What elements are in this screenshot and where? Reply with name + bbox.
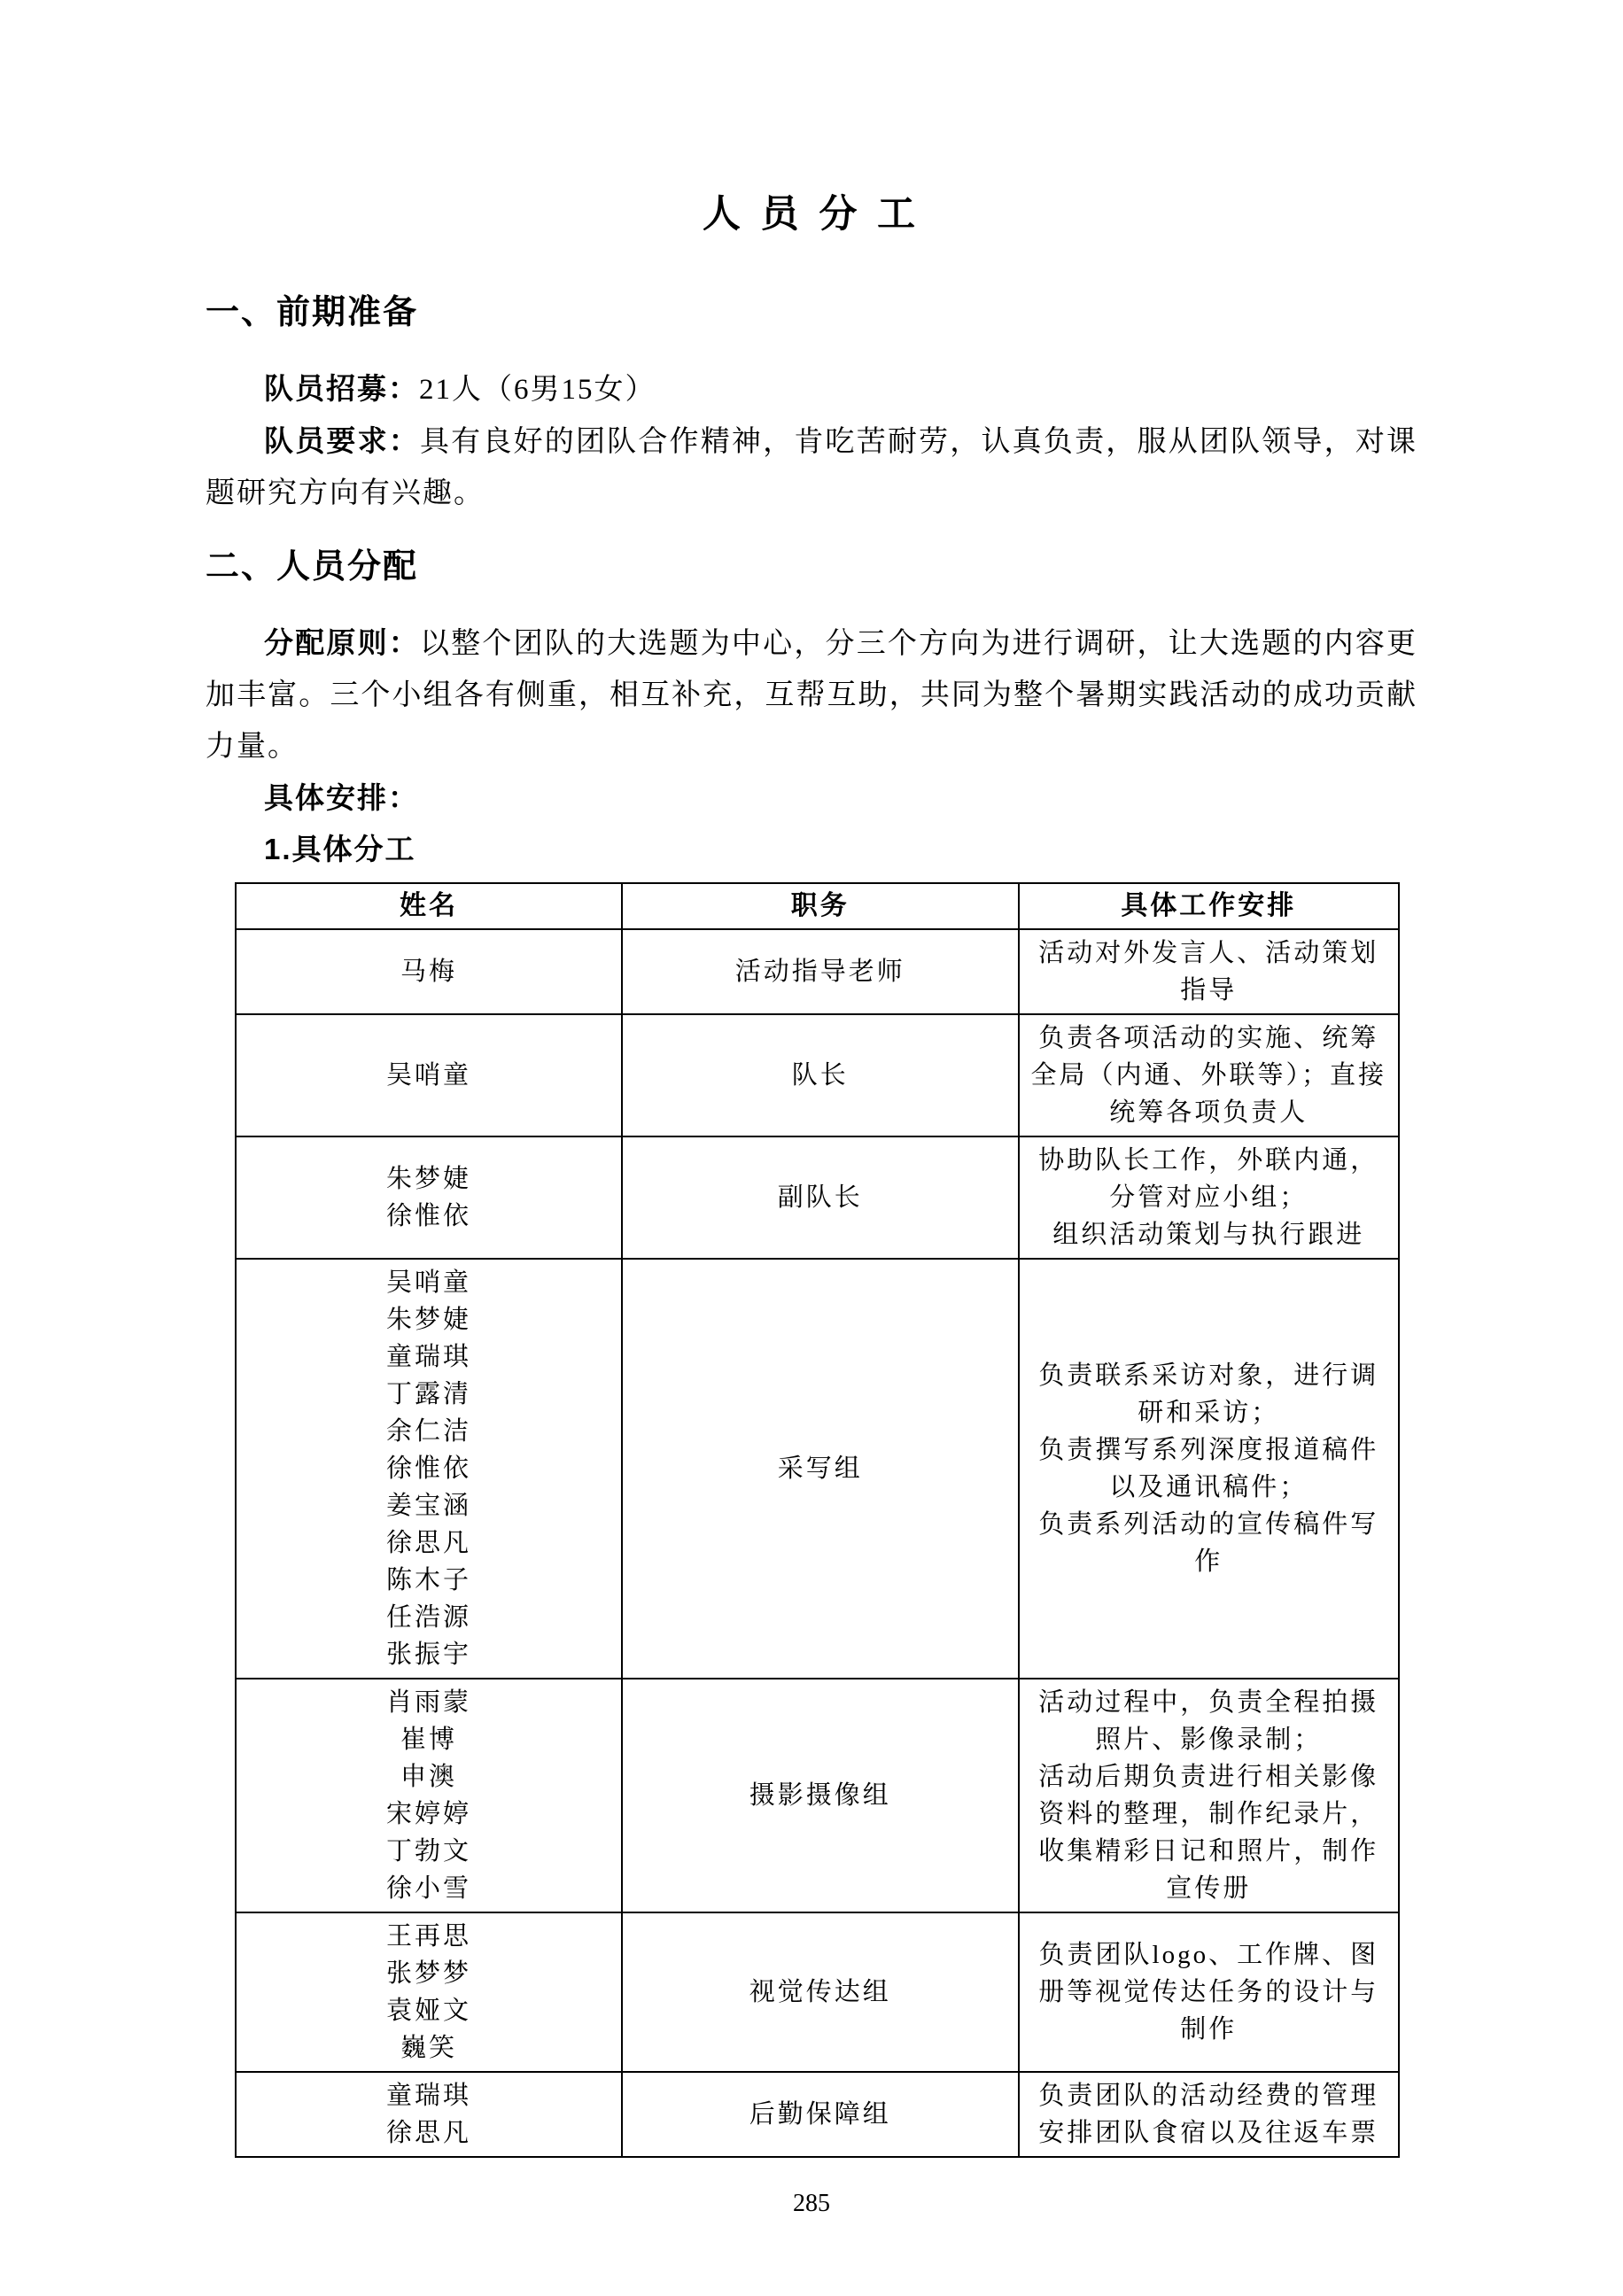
- cell-duties: 活动过程中，负责全程拍摄照片、影像录制； 活动后期负责进行相关影像资料的整理，制…: [1019, 1679, 1399, 1912]
- table-header-row: 姓名 职务 具体工作安排: [236, 883, 1399, 929]
- cell-names: 马梅: [236, 929, 622, 1014]
- cell-names: 王再思 张梦梦 袁娅文 巍笑: [236, 1912, 622, 2072]
- cell-role: 摄影摄像组: [622, 1679, 1019, 1912]
- cell-names: 吴哨童 朱梦婕 童瑞琪 丁露清 余仁洁 徐惟依 姜宝涵 徐思凡 陈木子 任浩源 …: [236, 1259, 622, 1679]
- table-row: 马梅 活动指导老师 活动对外发言人、活动策划指导: [236, 929, 1399, 1014]
- requirement-label: 队员要求：: [264, 424, 420, 457]
- header-duty: 具体工作安排: [1019, 883, 1399, 929]
- cell-duties: 负责联系采访对象，进行调研和采访； 负责撰写系列深度报道稿件以及通讯稿件； 负责…: [1019, 1259, 1399, 1679]
- table-row: 吴哨童 队长 负责各项活动的实施、统筹全局（内通、外联等）；直接统筹各项负责人: [236, 1014, 1399, 1136]
- section-1-heading: 一、前期准备: [206, 284, 1417, 333]
- header-role: 职务: [622, 883, 1019, 929]
- cell-duties: 负责团队logo、工作牌、图册等视觉传达任务的设计与制作: [1019, 1912, 1399, 2072]
- cell-names: 吴哨童: [236, 1014, 622, 1136]
- document-page: 人 员 分 工 一、前期准备 队员招募：21人（6男15女） 队员要求：具有良好…: [0, 0, 1623, 2296]
- recruit-label: 队员招募：: [264, 372, 419, 405]
- cell-role: 活动指导老师: [622, 929, 1019, 1014]
- cell-role: 采写组: [622, 1259, 1019, 1679]
- cell-role: 副队长: [622, 1136, 1019, 1259]
- cell-role: 队长: [622, 1014, 1019, 1136]
- cell-duties: 负责各项活动的实施、统筹全局（内通、外联等）；直接统筹各项负责人: [1019, 1014, 1399, 1136]
- table-row: 朱梦婕 徐惟依 副队长 协助队长工作，外联内通，分管对应小组； 组织活动策划与执…: [236, 1136, 1399, 1259]
- cell-duties: 协助队长工作，外联内通，分管对应小组； 组织活动策划与执行跟进: [1019, 1136, 1399, 1259]
- table-subheading: 1.具体分工: [206, 824, 1417, 875]
- header-name: 姓名: [236, 883, 622, 929]
- page-number: 285: [206, 2190, 1417, 2218]
- table-row: 肖雨蒙 崔博 申澳 宋婷婷 丁勃文 徐小雪 摄影摄像组 活动过程中，负责全程拍摄…: [236, 1679, 1399, 1912]
- principle-label: 分配原则：: [264, 626, 420, 659]
- section-2-heading: 二、人员分配: [206, 539, 1417, 587]
- arrangement-label: 具体安排：: [206, 772, 1417, 824]
- cell-role: 后勤保障组: [622, 2072, 1019, 2157]
- document-title: 人 员 分 工: [206, 184, 1417, 238]
- cell-role: 视觉传达组: [622, 1912, 1019, 2072]
- requirement-paragraph: 队员要求：具有良好的团队合作精神，肯吃苦耐劳，认真负责，服从团队领导，对课题研究…: [206, 415, 1417, 519]
- cell-duties: 活动对外发言人、活动策划指导: [1019, 929, 1399, 1014]
- recruit-text: 21人（6男15女）: [419, 374, 656, 406]
- table-row: 吴哨童 朱梦婕 童瑞琪 丁露清 余仁洁 徐惟依 姜宝涵 徐思凡 陈木子 任浩源 …: [236, 1259, 1399, 1679]
- cell-duties: 负责团队的活动经费的管理 安排团队食宿以及往返车票: [1019, 2072, 1399, 2157]
- recruit-paragraph: 队员招募：21人（6男15女）: [206, 363, 1417, 415]
- principle-paragraph: 分配原则：以整个团队的大选题为中心，分三个方向为进行调研，让大选题的内容更加丰富…: [206, 617, 1417, 772]
- table-row: 童瑞琪 徐思凡 后勤保障组 负责团队的活动经费的管理 安排团队食宿以及往返车票: [236, 2072, 1399, 2157]
- cell-names: 童瑞琪 徐思凡: [236, 2072, 622, 2157]
- assignment-table: 姓名 职务 具体工作安排 马梅 活动指导老师 活动对外发言人、活动策划指导 吴哨…: [235, 882, 1400, 2158]
- cell-names: 肖雨蒙 崔博 申澳 宋婷婷 丁勃文 徐小雪: [236, 1679, 622, 1912]
- table-row: 王再思 张梦梦 袁娅文 巍笑 视觉传达组 负责团队logo、工作牌、图册等视觉传…: [236, 1912, 1399, 2072]
- cell-names: 朱梦婕 徐惟依: [236, 1136, 622, 1259]
